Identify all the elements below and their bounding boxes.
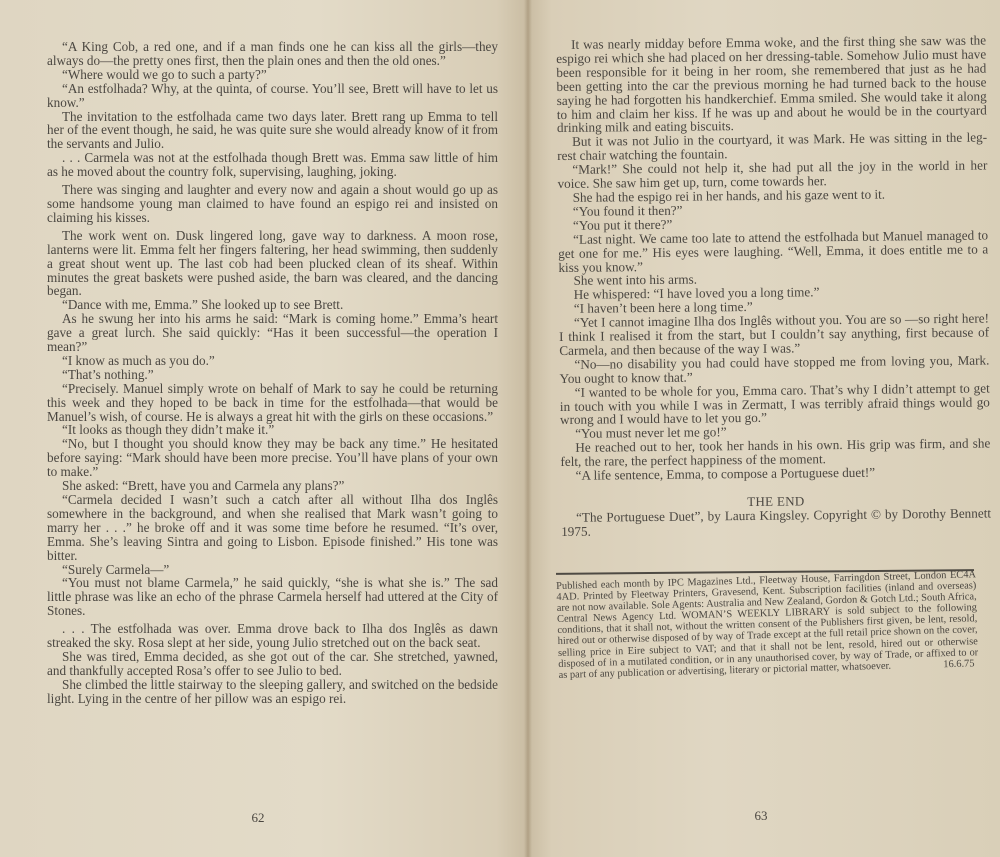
paragraph: “Carmela decided I wasn’t such a catch a…: [47, 493, 498, 563]
page-number: 63: [525, 808, 997, 824]
paragraph: “An estfolhada? Why, at the quinta, of c…: [47, 82, 498, 110]
right-page: It was nearly midday before Emma woke, a…: [528, 0, 1000, 857]
paragraph: The invitation to the estfolhada came tw…: [47, 110, 498, 152]
paragraph: “Where would we go to such a party?”: [47, 68, 498, 82]
paragraph: “Precisely. Manuel simply wrote on behal…: [47, 382, 498, 424]
paragraph: The work went on. Dusk lingered long, ga…: [47, 229, 498, 299]
paragraph: “You must not blame Carmela,” he said qu…: [47, 576, 498, 618]
paragraph: She was tired, Emma decided, as she got …: [47, 650, 498, 678]
book-spread: “A King Cob, a red one, and if a man fin…: [0, 0, 1000, 857]
paragraph: “Yet I cannot imagine Ilha dos Inglês wi…: [559, 312, 989, 358]
paragraph: She climbed the little stairway to the s…: [47, 678, 498, 706]
left-page: “A King Cob, a red one, and if a man fin…: [0, 0, 528, 857]
paragraph: As he swung her into his arms he said: “…: [47, 312, 498, 354]
paragraph: There was singing and laughter and every…: [47, 183, 498, 225]
publisher-imprint: Published each month by IPC Magazines Lt…: [556, 569, 979, 681]
paragraph: . . . Carmela was not at the estfolhada …: [47, 151, 498, 179]
paragraph: It was nearly midday before Emma woke, a…: [556, 33, 987, 135]
left-page-text: “A King Cob, a red one, and if a man fin…: [47, 40, 498, 706]
paragraph: “Surely Carmela—”: [47, 563, 498, 577]
paragraph: “A King Cob, a red one, and if a man fin…: [47, 40, 498, 68]
paragraph: “A life sentence, Emma, to compose a Por…: [561, 465, 991, 483]
book-spine-shadow: [524, 0, 532, 857]
paragraph: “Dance with me, Emma.” She looked up to …: [47, 298, 498, 312]
paragraph: “Last night. We came too late to attend …: [558, 228, 988, 274]
paragraph: “That’s nothing.”: [47, 368, 498, 382]
copyright-credit: “The Portuguese Duet”, by Laura Kingsley…: [561, 506, 991, 538]
paragraph: “I know as much as you do.”: [47, 354, 498, 368]
paragraph: “It looks as though they didn’t make it.…: [47, 423, 498, 437]
paragraph: “Mark!” She could not help it, she had p…: [557, 159, 987, 191]
paragraph: He reached out to her, took her hands in…: [560, 437, 990, 469]
paragraph: “I wanted to be whole for you, Emma caro…: [560, 381, 990, 427]
page-number: 62: [0, 810, 522, 826]
right-page-text: It was nearly midday before Emma woke, a…: [556, 33, 991, 538]
paragraph: She asked: “Brett, have you and Carmela …: [47, 479, 498, 493]
paragraph: “No, but I thought you should know they …: [47, 437, 498, 479]
paragraph: . . . The estfolhada was over. Emma drov…: [47, 622, 498, 650]
